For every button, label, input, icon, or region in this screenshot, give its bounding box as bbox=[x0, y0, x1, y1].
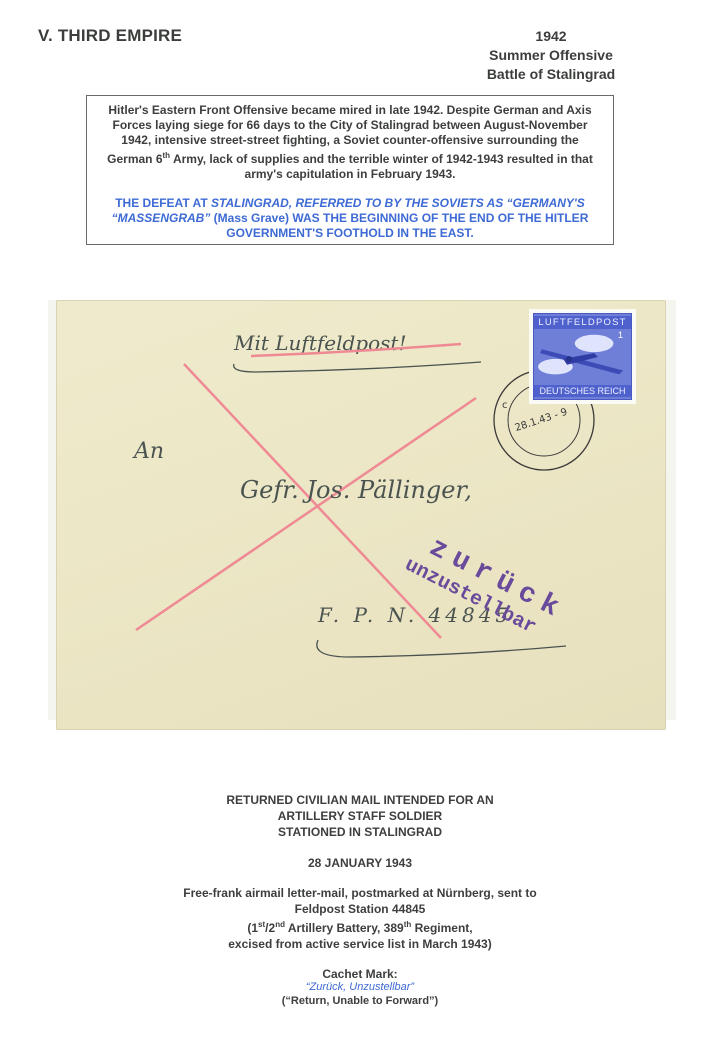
recipient-name: Gefr. Jos. Pällinger, bbox=[240, 476, 472, 504]
desc-3d: Regiment, bbox=[411, 921, 472, 935]
desc-3-sup2: nd bbox=[275, 920, 285, 929]
postmark-letter: c bbox=[502, 400, 508, 411]
cachet-label: Cachet Mark: bbox=[0, 967, 720, 981]
section-heading: 1942 Summer Offensive Battle of Stalingr… bbox=[466, 27, 636, 84]
year-label: 1942 bbox=[466, 27, 636, 46]
desc-line-2: Feldpost Station 44845 bbox=[0, 902, 720, 918]
desc-line-4: excised from active service list in Marc… bbox=[0, 937, 720, 953]
intro-sup: th bbox=[163, 151, 171, 160]
caption-title: RETURNED CIVILIAN MAIL INTENDED FOR AN A… bbox=[0, 792, 720, 840]
chapter-title: V. THIRD EMPIRE bbox=[38, 26, 182, 46]
address-underline bbox=[317, 640, 566, 657]
caption-title-line-2: ARTILLERY STAFF SOLDIER bbox=[0, 808, 720, 824]
subtitle-battle: Battle of Stalingrad bbox=[466, 65, 636, 84]
desc-3b: /2 bbox=[265, 921, 275, 935]
desc-line-3: (1st/2nd Artillery Battery, 389th Regime… bbox=[0, 917, 720, 937]
subtitle-offensive: Summer Offensive bbox=[466, 46, 636, 65]
stamp-bottom-text: DEUTSCHES REICH bbox=[534, 385, 631, 397]
caption-description: Free-frank airmail letter-mail, postmark… bbox=[0, 886, 720, 952]
caption-date: 28 JANUARY 1943 bbox=[0, 856, 720, 870]
postmark-date: 28.1.43 - 9 bbox=[514, 407, 569, 434]
pen-underline bbox=[234, 362, 481, 372]
cachet-translation: (“Return, Unable to Forward”) bbox=[0, 995, 720, 1007]
caption-title-line-3: STATIONED IN STALINGRAD bbox=[0, 824, 720, 840]
cross-line-2 bbox=[136, 398, 476, 630]
note-text-a: THE DEFEAT AT bbox=[115, 196, 211, 210]
desc-3c: Artillery Battery, 389 bbox=[285, 921, 404, 935]
salutation: An bbox=[132, 439, 164, 464]
airmail-stamp: LUFTFELDPOST 1 DEUTSCHES REICH bbox=[529, 309, 636, 404]
desc-line-1: Free-frank airmail letter-mail, postmark… bbox=[0, 886, 720, 902]
intro-text-b: Army, lack of supplies and the terrible … bbox=[170, 152, 593, 181]
desc-3a: (1 bbox=[247, 921, 258, 935]
caption-title-line-1: RETURNED CIVILIAN MAIL INTENDED FOR AN bbox=[0, 792, 720, 808]
intro-note: THE DEFEAT AT STALINGRAD, REFERRED TO BY… bbox=[97, 196, 603, 241]
intro-paragraph: Hitler's Eastern Front Offensive became … bbox=[97, 103, 603, 182]
note-text-b: (Mass Grave) WAS THE BEGINNING OF THE EN… bbox=[210, 211, 588, 240]
airmail-note: Mit Luftfeldpost! bbox=[233, 331, 407, 355]
intro-text-box: Hitler's Eastern Front Offensive became … bbox=[86, 95, 614, 245]
airplane-icon bbox=[534, 328, 631, 386]
cachet-value: “Zurück, Unzustellbar” bbox=[0, 981, 720, 993]
stamp-design: LUFTFELDPOST 1 DEUTSCHES REICH bbox=[533, 313, 632, 400]
